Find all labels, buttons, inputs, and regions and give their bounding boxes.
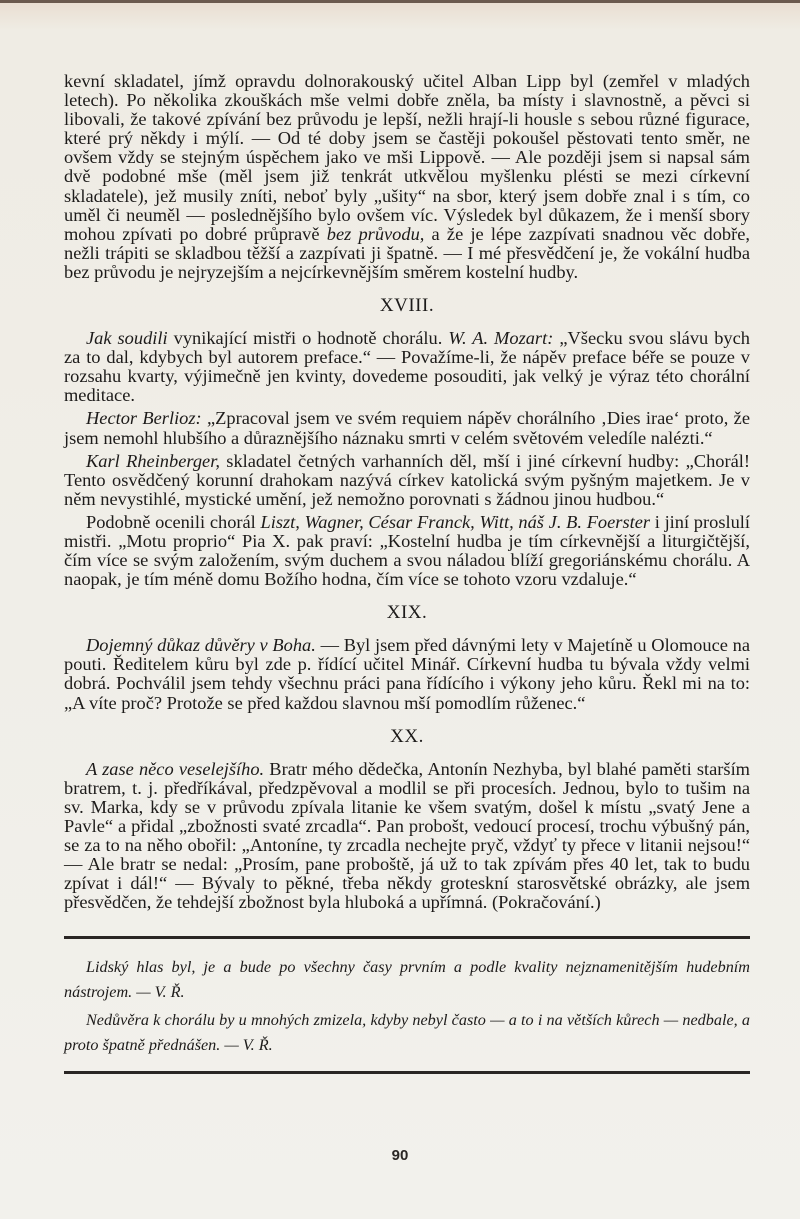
quote: Nedůvěra k chorálu by u mnohých zmizela,… [64, 1008, 750, 1057]
italic-phrase: bez průvodu, [327, 224, 425, 244]
italic-lead: Hector Berlioz: [86, 408, 202, 428]
italic-lead: A zase něco veselejšího. [86, 759, 264, 779]
italic-names: Liszt, Wagner, César Franck, Witt, náš J… [261, 512, 651, 532]
paragraph-text: kevní skladatel, jímž opravdu dolnorakou… [64, 71, 750, 244]
paragraph-text: Podobně ocenili chorál [86, 512, 261, 532]
divider-rule-bottom [64, 1071, 750, 1074]
paragraph: Hector Berlioz: „Zpracoval jsem ve svém … [64, 409, 750, 447]
paragraph: Dojemný důkaz důvěry v Boha. — Byl jsem … [64, 636, 750, 712]
section-heading-xx: XX. [64, 726, 750, 748]
continuation-paragraph: kevní skladatel, jímž opravdu dolnorakou… [64, 72, 750, 282]
paragraph: Podobně ocenili chorál Liszt, Wagner, Cé… [64, 513, 750, 589]
paragraph: Jak soudili vynikající mistři o hodnotě … [64, 329, 750, 405]
paragraph: A zase něco veselejšího. Bratr mého děde… [64, 760, 750, 913]
italic-lead: Karl Rheinberger, [86, 451, 220, 471]
paragraph-text: Bratr mého dědečka, Antonín Nezhyba, byl… [64, 759, 750, 913]
italic-lead: Dojemný důkaz důvěry v Boha. [86, 635, 316, 655]
section-heading-xviii: XVIII. [64, 295, 750, 317]
section-heading-xix: XIX. [64, 602, 750, 624]
paragraph-text: vynikající mistři o hodnotě chorálu. [168, 328, 449, 348]
italic-lead: Jak soudili [86, 328, 168, 348]
document-page: kevní skladatel, jímž opravdu dolnorakou… [64, 72, 750, 1074]
italic-name: W. A. Mozart: [448, 328, 553, 348]
page-top-edge [0, 0, 800, 3]
paragraph: Karl Rheinberger, skladatel četných varh… [64, 452, 750, 509]
boxed-quotes: Lidský hlas byl, je a bude po všechny ča… [64, 939, 750, 1071]
page-number: 90 [0, 1147, 800, 1164]
quote: Lidský hlas byl, je a bude po všechny ča… [64, 955, 750, 1004]
